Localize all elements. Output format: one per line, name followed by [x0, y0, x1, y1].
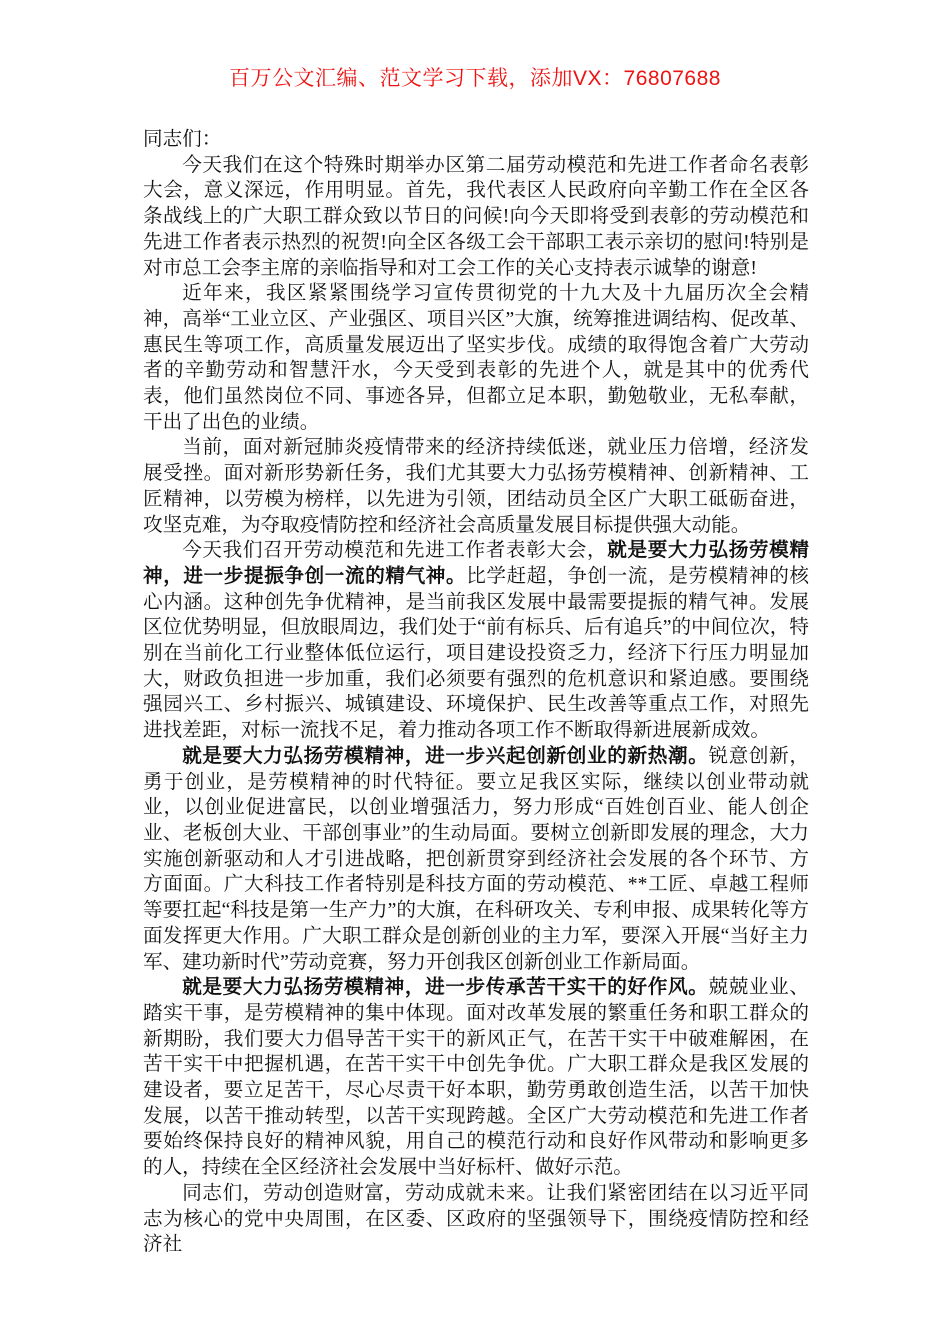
paragraph: 就是要大力弘扬劳模精神，进一步兴起创新创业的新热潮。锐意创新，勇于创业，是劳模精…	[143, 744, 809, 975]
text-run: 比学赶超，争创一流，是劳模精神的核心内涵。这种创先争优精神，是当前我区发展中最需…	[143, 566, 809, 741]
text-run: 同志们，劳动创造财富，劳动成就未来。让我们紧密团结在以习近平同志为核心的党中央周…	[143, 1183, 809, 1255]
text-run: 当前，面对新冠肺炎疫情带来的经济持续低迷，就业压力倍增，经济发展受挫。面对新形势…	[143, 437, 809, 535]
text-run: 今天我们在这个特殊时期举办区第二届劳动模范和先进工作者命名表彰大会，意义深远，作…	[143, 155, 809, 279]
promo-header-text: 百万公文汇编、范文学习下载，添加VX：76807688	[0, 62, 950, 92]
paragraph: 同志们：	[143, 127, 809, 153]
text-run: 今天我们召开劳动模范和先进工作者表彰大会，	[182, 540, 607, 561]
paragraph: 就是要大力弘扬劳模精神，进一步传承苦干实干的好作风。兢兢业业、踏实干事，是劳模精…	[143, 975, 809, 1181]
text-run: 同志们：	[143, 129, 221, 150]
paragraph: 同志们，劳动创造财富，劳动成就未来。让我们紧密团结在以习近平同志为核心的党中央周…	[143, 1181, 809, 1258]
paragraph: 今天我们在这个特殊时期举办区第二届劳动模范和先进工作者命名表彰大会，意义深远，作…	[143, 153, 809, 282]
text-run: 兢兢业业、踏实干事，是劳模精神的集中体现。面对改革发展的繁重任务和职工群众的新期…	[143, 977, 809, 1178]
document-page: 百万公文汇编、范文学习下载，添加VX：76807688 同志们：今天我们在这个特…	[0, 0, 950, 1344]
paragraph: 今天我们召开劳动模范和先进工作者表彰大会，就是要大力弘扬劳模精神，进一步提振争创…	[143, 538, 809, 744]
text-run: 锐意创新，勇于创业，是劳模精神的时代特征。要立足我区实际，继续以创业带动就业，以…	[143, 746, 809, 973]
bold-text-run: 就是要大力弘扬劳模精神，进一步传承苦干实干的好作风。	[182, 977, 708, 998]
document-body: 同志们：今天我们在这个特殊时期举办区第二届劳动模范和先进工作者命名表彰大会，意义…	[143, 127, 809, 1258]
bold-text-run: 就是要大力弘扬劳模精神，进一步兴起创新创业的新热潮。	[182, 746, 708, 767]
paragraph: 当前，面对新冠肺炎疫情带来的经济持续低迷，就业压力倍增，经济发展受挫。面对新形势…	[143, 435, 809, 538]
text-run: 近年来，我区紧紧围绕学习宣传贯彻党的十九大及十九届历次全会精神，高举“工业立区、…	[143, 283, 809, 433]
paragraph: 近年来，我区紧紧围绕学习宣传贯彻党的十九大及十九届历次全会精神，高举“工业立区、…	[143, 281, 809, 435]
